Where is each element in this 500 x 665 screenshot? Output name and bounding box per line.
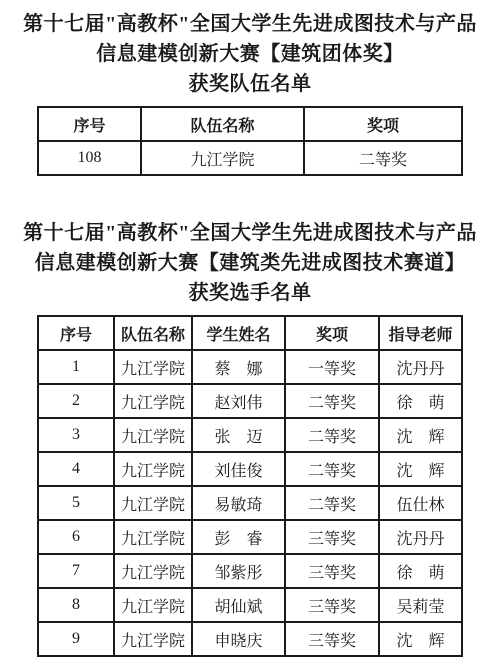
table-row: 3 九江学院 张 迈 二等奖 沈 辉 [38, 418, 462, 452]
title-line-2: 信息建模创新大赛【建筑类先进成图技术赛道】 [0, 248, 500, 278]
cell-team-name: 九江学院 [114, 588, 192, 622]
table-row: 4 九江学院 刘佳俊 二等奖 沈 辉 [38, 452, 462, 486]
col-header-index: 序号 [38, 107, 141, 141]
cell-index: 8 [38, 588, 114, 622]
cell-team-name: 九江学院 [141, 141, 304, 175]
cell-advisor: 沈丹丹 [379, 350, 462, 384]
col-header-award: 奖项 [304, 107, 462, 141]
col-header-team-name: 队伍名称 [141, 107, 304, 141]
title-line-3: 获奖队伍名单 [0, 69, 500, 99]
cell-student-name: 赵刘伟 [192, 384, 285, 418]
cell-team-name: 九江学院 [114, 384, 192, 418]
col-header-student-name: 学生姓名 [192, 316, 285, 350]
cell-student-name: 易敏琦 [192, 486, 285, 520]
cell-index: 5 [38, 486, 114, 520]
cell-index: 4 [38, 452, 114, 486]
title-line-1: 第十七届"高教杯"全国大学生先进成图技术与产品 [0, 9, 500, 39]
col-header-award: 奖项 [285, 316, 379, 350]
cell-index: 108 [38, 141, 141, 175]
cell-award: 三等奖 [285, 622, 379, 656]
cell-index: 1 [38, 350, 114, 384]
cell-award: 二等奖 [285, 452, 379, 486]
cell-advisor: 沈 辉 [379, 622, 462, 656]
cell-team-name: 九江学院 [114, 350, 192, 384]
cell-student-name: 申晓庆 [192, 622, 285, 656]
cell-student-name: 蔡 娜 [192, 350, 285, 384]
table-row: 5 九江学院 易敏琦 二等奖 伍仕林 [38, 486, 462, 520]
cell-team-name: 九江学院 [114, 486, 192, 520]
cell-advisor: 沈 辉 [379, 452, 462, 486]
cell-award: 二等奖 [285, 486, 379, 520]
cell-award: 二等奖 [285, 384, 379, 418]
cell-team-name: 九江学院 [114, 622, 192, 656]
team-table-header-row: 序号 队伍名称 奖项 [38, 107, 462, 141]
player-table-header-row: 序号 队伍名称 学生姓名 奖项 指导老师 [38, 316, 462, 350]
title-line-2: 信息建模创新大赛【建筑团体奖】 [0, 39, 500, 69]
player-award-table: 序号 队伍名称 学生姓名 奖项 指导老师 1 九江学院 蔡 娜 一等奖 沈丹丹 … [37, 315, 463, 657]
cell-award: 三等奖 [285, 588, 379, 622]
table-row: 6 九江学院 彭 睿 三等奖 沈丹丹 [38, 520, 462, 554]
title-line-1: 第十七届"高教杯"全国大学生先进成图技术与产品 [0, 218, 500, 248]
col-header-team-name: 队伍名称 [114, 316, 192, 350]
cell-team-name: 九江学院 [114, 520, 192, 554]
table-row: 8 九江学院 胡仙斌 三等奖 吴莉莹 [38, 588, 462, 622]
section-team-award: 第十七届"高教杯"全国大学生先进成图技术与产品 信息建模创新大赛【建筑团体奖】 … [0, 9, 500, 176]
cell-team-name: 九江学院 [114, 418, 192, 452]
cell-advisor: 吴莉莹 [379, 588, 462, 622]
table-row: 1 九江学院 蔡 娜 一等奖 沈丹丹 [38, 350, 462, 384]
cell-index: 7 [38, 554, 114, 588]
team-award-title: 第十七届"高教杯"全国大学生先进成图技术与产品 信息建模创新大赛【建筑团体奖】 … [0, 9, 500, 99]
cell-student-name: 彭 睿 [192, 520, 285, 554]
cell-index: 9 [38, 622, 114, 656]
cell-award: 二等奖 [285, 418, 379, 452]
cell-student-name: 张 迈 [192, 418, 285, 452]
cell-award: 一等奖 [285, 350, 379, 384]
table-row: 108 九江学院 二等奖 [38, 141, 462, 175]
cell-advisor: 伍仕林 [379, 486, 462, 520]
col-header-index: 序号 [38, 316, 114, 350]
cell-advisor: 沈丹丹 [379, 520, 462, 554]
cell-advisor: 徐 萌 [379, 554, 462, 588]
cell-award: 二等奖 [304, 141, 462, 175]
title-line-3: 获奖选手名单 [0, 278, 500, 308]
document-page: 第十七届"高教杯"全国大学生先进成图技术与产品 信息建模创新大赛【建筑团体奖】 … [0, 0, 500, 657]
table-row: 2 九江学院 赵刘伟 二等奖 徐 萌 [38, 384, 462, 418]
cell-advisor: 徐 萌 [379, 384, 462, 418]
cell-index: 6 [38, 520, 114, 554]
cell-student-name: 胡仙斌 [192, 588, 285, 622]
player-award-title: 第十七届"高教杯"全国大学生先进成图技术与产品 信息建模创新大赛【建筑类先进成图… [0, 218, 500, 308]
team-award-table: 序号 队伍名称 奖项 108 九江学院 二等奖 [37, 106, 463, 176]
table-row: 7 九江学院 邹紫彤 三等奖 徐 萌 [38, 554, 462, 588]
cell-team-name: 九江学院 [114, 452, 192, 486]
col-header-advisor: 指导老师 [379, 316, 462, 350]
cell-index: 3 [38, 418, 114, 452]
cell-index: 2 [38, 384, 114, 418]
table-row: 9 九江学院 申晓庆 三等奖 沈 辉 [38, 622, 462, 656]
cell-student-name: 邹紫彤 [192, 554, 285, 588]
cell-student-name: 刘佳俊 [192, 452, 285, 486]
cell-award: 三等奖 [285, 554, 379, 588]
cell-advisor: 沈 辉 [379, 418, 462, 452]
cell-team-name: 九江学院 [114, 554, 192, 588]
cell-award: 三等奖 [285, 520, 379, 554]
section-player-award: 第十七届"高教杯"全国大学生先进成图技术与产品 信息建模创新大赛【建筑类先进成图… [0, 218, 500, 657]
